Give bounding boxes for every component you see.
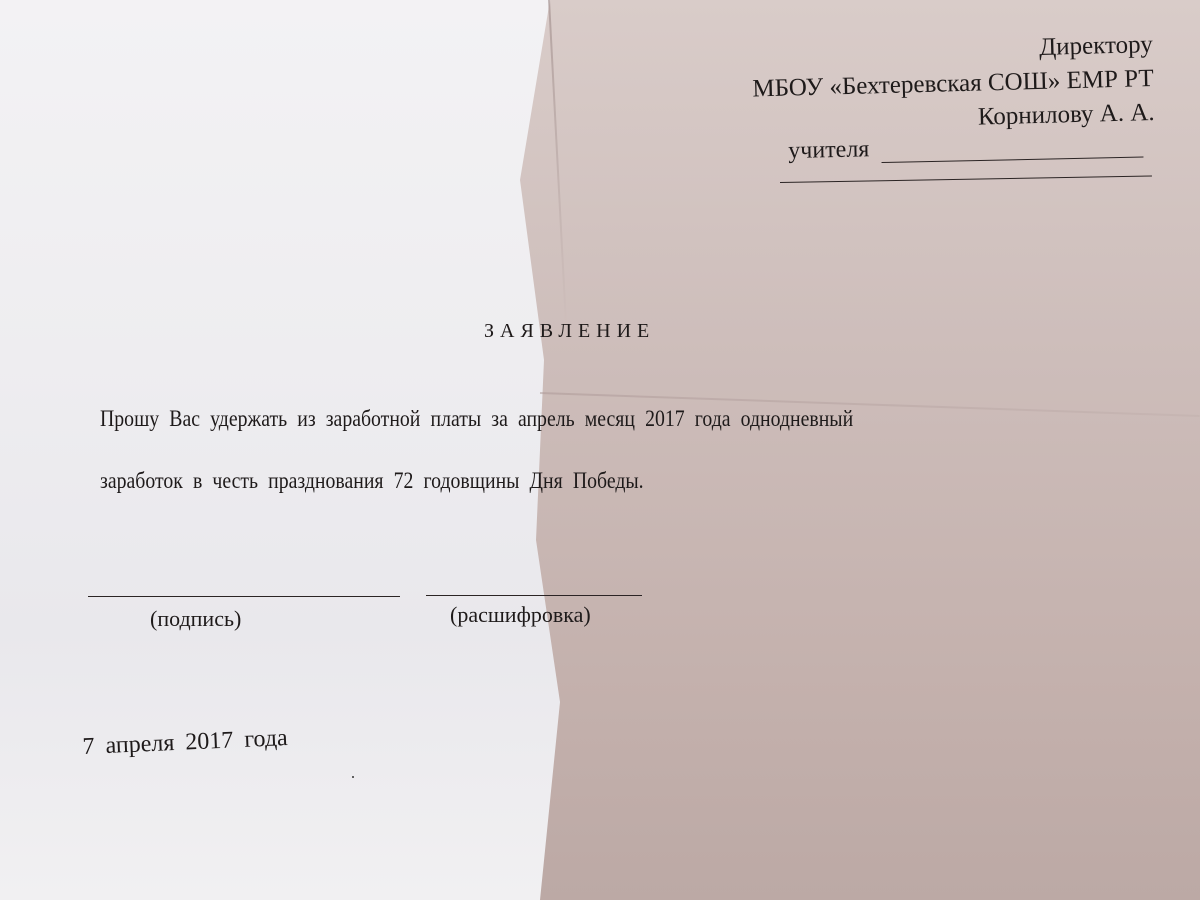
document-body: Прошу Вас удержать из заработной платы з… [100, 388, 1003, 512]
signature-field[interactable] [88, 596, 400, 597]
addressee-block: Директору МБОУ «Бехтеревская СОШ» ЕМР РТ… [751, 28, 1155, 140]
signature-decode-label: (расшифровка) [450, 602, 591, 628]
signature-decode-field[interactable] [426, 595, 642, 596]
body-line-1: Прошу Вас удержать из заработной платы з… [100, 388, 1003, 450]
body-line-2: заработок в честь празднования 72 годовщ… [100, 450, 1003, 512]
ink-speck [352, 776, 354, 778]
signature-label: (подпись) [150, 606, 241, 632]
sender-label: учителя [788, 136, 870, 164]
document-title: ЗАЯВЛЕНИЕ [484, 320, 655, 343]
